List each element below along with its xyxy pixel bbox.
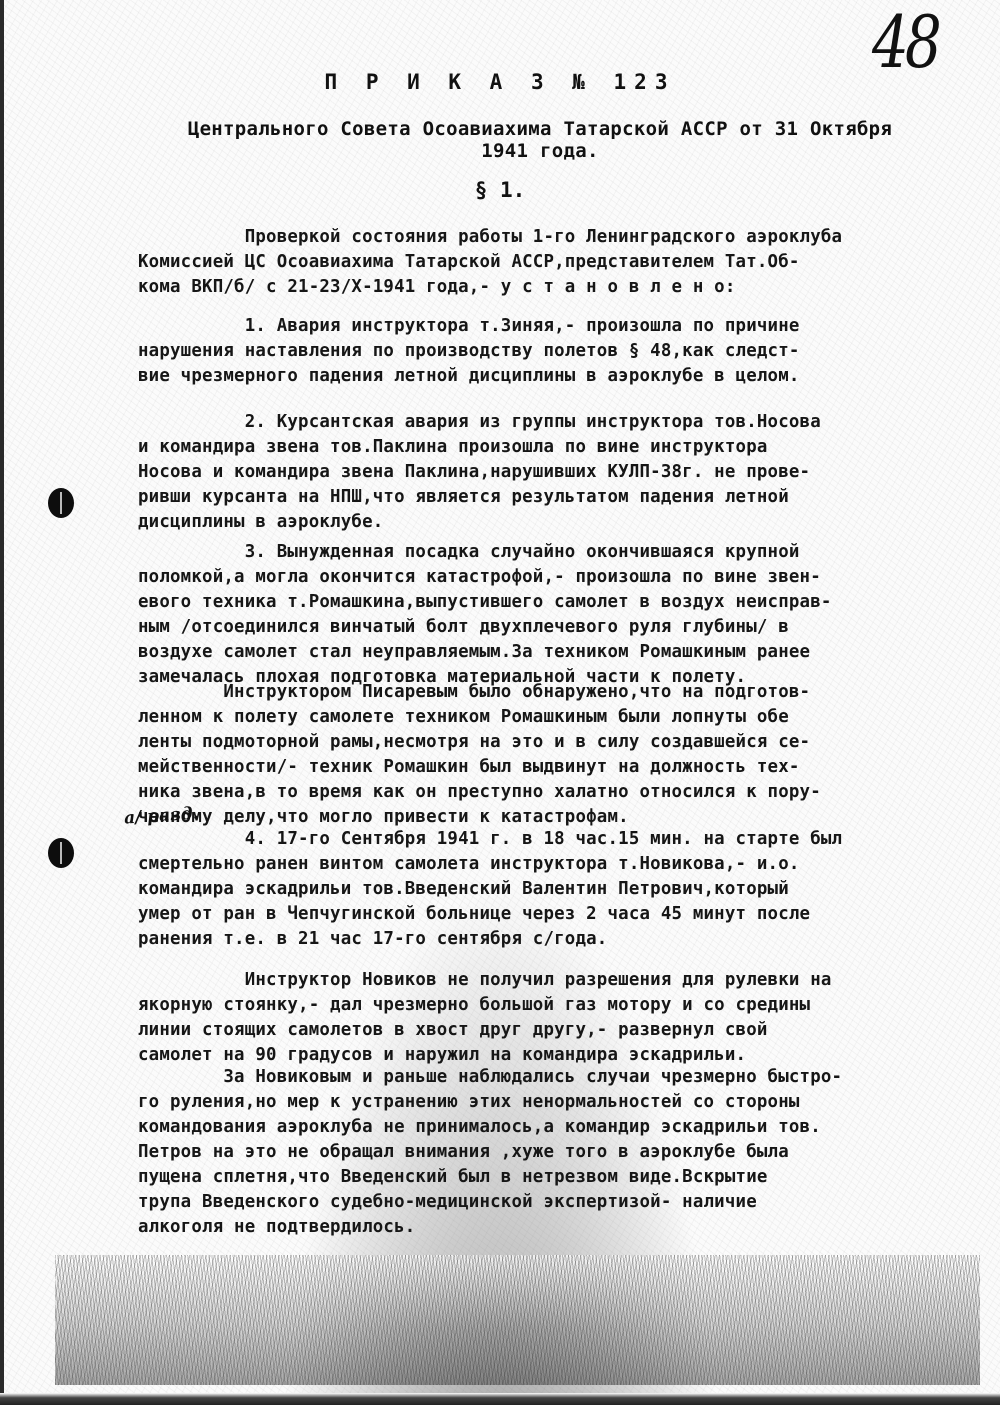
text-line: поломкой,а могла окончится катастрофой,-… (138, 565, 973, 590)
text-line: командования аэроклуба не принималось,а … (138, 1115, 973, 1140)
text-line: Носова и командира звена Паклина,нарушив… (138, 460, 973, 485)
text-line: якорную стоянку,- дал чрезмерно большой … (138, 993, 973, 1018)
paragraph-item-1: 1. Авария инструктора т.Зиняя,- произошл… (138, 314, 973, 389)
text-line: трупа Введенского судебно-медицинской эк… (138, 1190, 973, 1215)
order-title: П Р И К А З № 123 (0, 70, 1000, 94)
text-line: линии стоящих самолетов в хвост друг дру… (138, 1018, 973, 1043)
paragraph-item-2: 2. Курсантская авария из группы инструкт… (138, 410, 973, 535)
punch-hole-icon (48, 838, 74, 868)
text-line: За Новиковым и раньше наблюдались случаи… (138, 1065, 973, 1090)
scan-bottom-edge (0, 1393, 1000, 1405)
order-subtitle: Центрального Совета Осоавиахима Татарско… (110, 118, 970, 162)
text-line: Инструктором Писаревым было обнаружено,ч… (138, 680, 973, 705)
paragraph-intro: Проверкой состояния работы 1-го Ленингра… (138, 225, 973, 300)
text-line: умер от ран в Чепчугинской больнице чере… (138, 902, 973, 927)
subtitle-line: Центрального Совета Осоавиахима Татарско… (110, 118, 970, 140)
text-line: 2. Курсантская авария из группы инструкт… (138, 410, 973, 435)
punch-hole-icon (48, 488, 74, 518)
subtitle-line: 1941 года. (110, 140, 970, 162)
scan-bottom-noise (55, 1255, 980, 1385)
text-line: 3. Вынужденная посадка случайно окончивш… (138, 540, 973, 565)
text-line: Комиссией ЦС Осоавиахима Татарской АССР,… (138, 250, 973, 275)
paragraph-item-3: 3. Вынужденная посадка случайно окончивш… (138, 540, 973, 690)
text-line: ным /отсоединился винчатый болт двухплеч… (138, 615, 973, 640)
text-line: Проверкой состояния работы 1-го Ленингра… (138, 225, 973, 250)
text-line: ленном к полету самолете техником Ромашк… (138, 705, 973, 730)
text-line: ленты подмоторной рамы,несмотря на это и… (138, 730, 973, 755)
text-line: кома ВКП/б/ с 21-23/Х-1941 года,- у с т … (138, 275, 973, 300)
text-line: пущена сплетня,что Введенский был в нетр… (138, 1165, 973, 1190)
scanned-document-page: 48 П Р И К А З № 123 Центрального Совета… (0, 0, 1000, 1405)
paragraph-item-3-continued: Инструктором Писаревым было обнаружено,ч… (138, 680, 973, 830)
text-line: воздухе самолет стал неуправляемым.За те… (138, 640, 973, 665)
text-line: алкоголя не подтвердилось. (138, 1215, 973, 1240)
text-line: ранения т.е. в 21 час 17-го сентября с/г… (138, 927, 973, 952)
paragraph-item-4-continued-1: Инструктор Новиков не получил разрешения… (138, 968, 973, 1068)
text-line: Инструктор Новиков не получил разрешения… (138, 968, 973, 993)
text-line: ривши курсанта на НПШ,что является резул… (138, 485, 973, 510)
section-heading: § 1. (0, 178, 1000, 202)
text-line: смертельно ранен винтом самолета инструк… (138, 852, 973, 877)
text-line: дисциплины в аэроклубе. (138, 510, 973, 535)
text-line: евого техника т.Ромашкина,выпустившего с… (138, 590, 973, 615)
text-line: вие чрезмерного падения летной дисциплин… (138, 364, 973, 389)
paragraph-item-4: 4. 17-го Сентября 1941 г. в 18 час.15 ми… (138, 827, 973, 952)
text-line: 4. 17-го Сентября 1941 г. в 18 час.15 ми… (138, 827, 973, 852)
paragraph-item-4-continued-2: За Новиковым и раньше наблюдались случаи… (138, 1065, 973, 1240)
text-line: нарушения наставления по производству по… (138, 339, 973, 364)
text-line: командира эскадрильи тов.Введенский Вале… (138, 877, 973, 902)
text-line: ника звена,в то время как он преступно х… (138, 780, 973, 805)
text-line: и командира звена тов.Паклина произошла … (138, 435, 973, 460)
text-line: мейственности/- техник Ромашкин был выдв… (138, 755, 973, 780)
text-line: 1. Авария инструктора т.Зиняя,- произошл… (138, 314, 973, 339)
scan-left-edge (0, 0, 4, 1405)
text-line: Петров на это не обращал внимания ,хуже … (138, 1140, 973, 1165)
text-line: го руления,но мер к устранению этих нено… (138, 1090, 973, 1115)
